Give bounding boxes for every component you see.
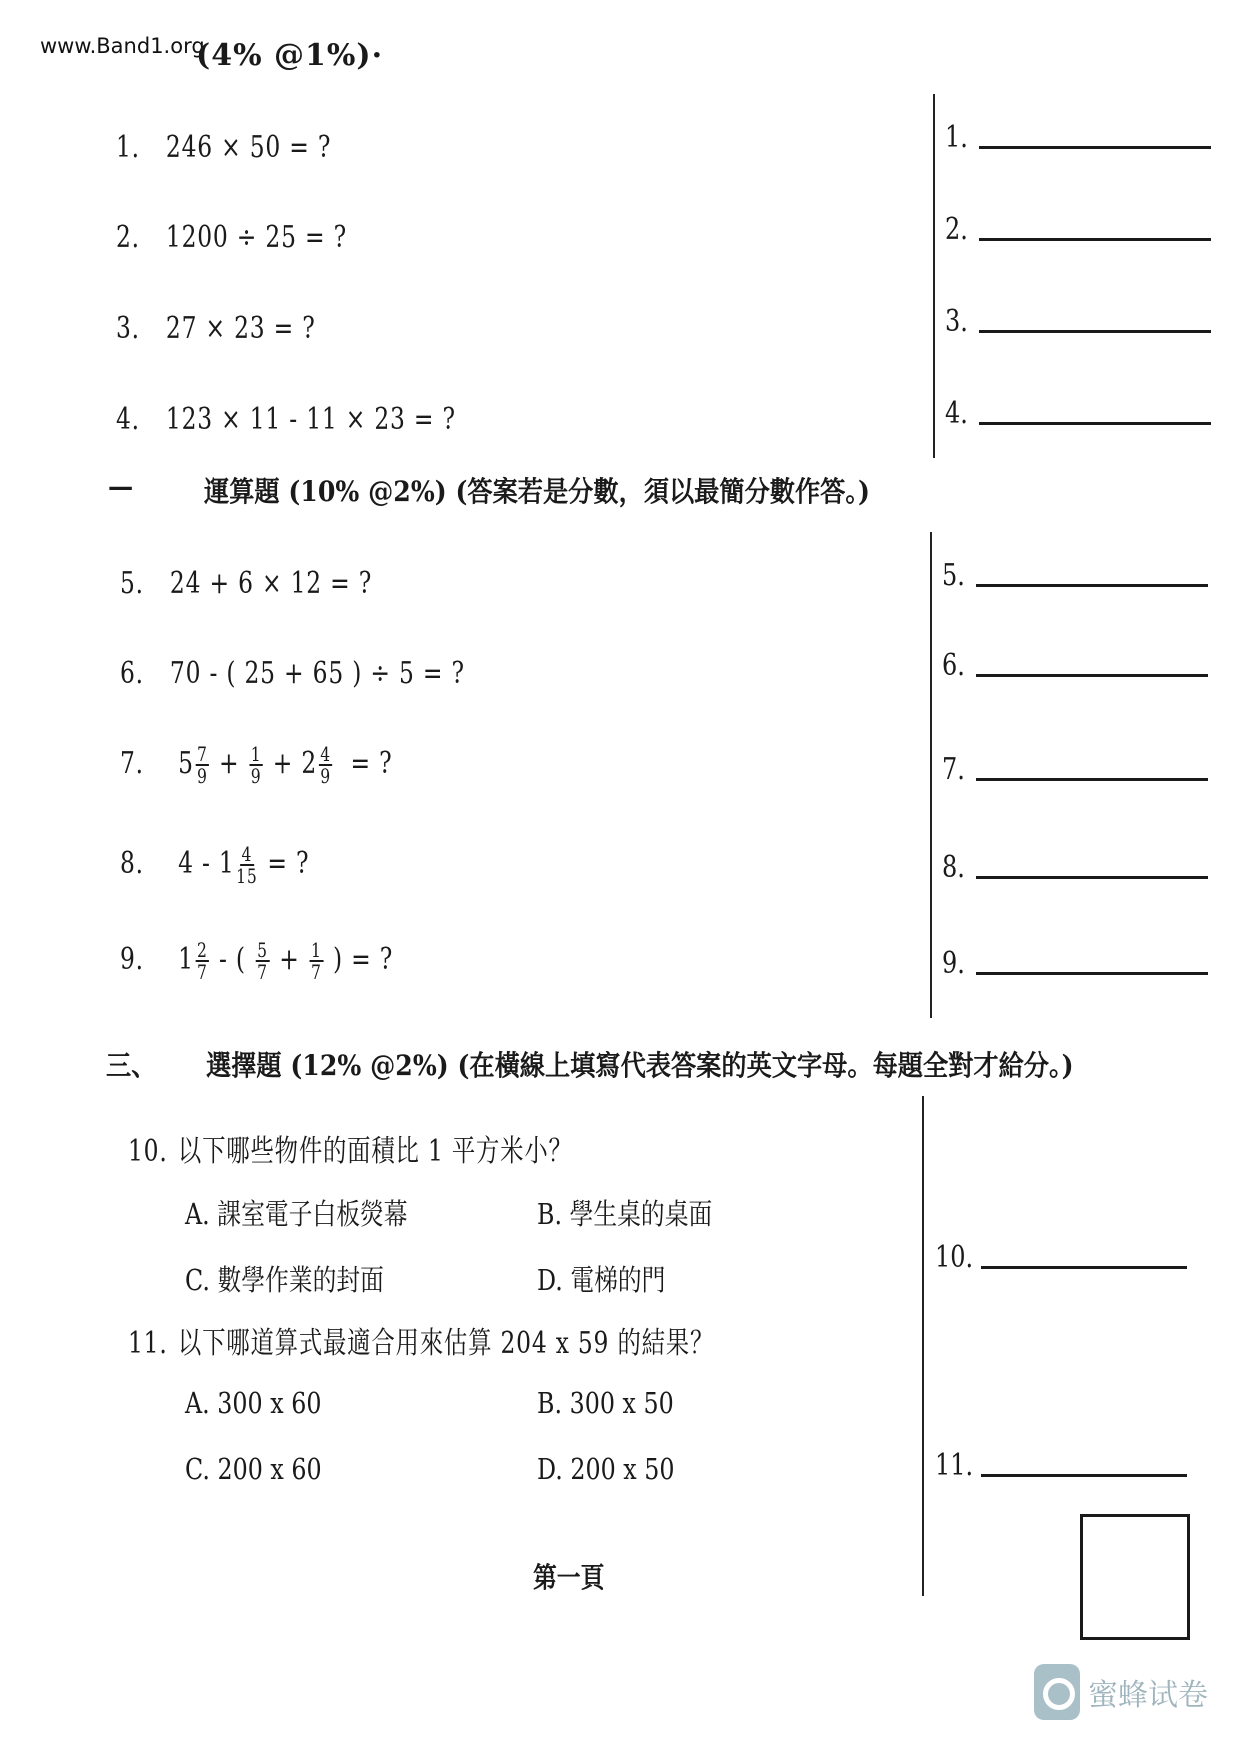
answer-column-divider (930, 532, 932, 1018)
question-7: 7. 579 + 19 + 249 = ? (120, 744, 392, 786)
answer-blank-9[interactable]: 9. (942, 946, 971, 981)
answer-blank-4[interactable]: 4. (945, 396, 974, 431)
question-11: 11.以下哪道算式最適合用來估算 204 x 59 的結果？ (128, 1318, 714, 1362)
q10-option-c: C. 數學作業的封面 (185, 1258, 384, 1299)
question-2: 2.1200 ÷ 25 = ? (116, 220, 347, 255)
q10-option-b: B. 學生桌的桌面 (537, 1192, 712, 1233)
section2-marker: — (108, 470, 133, 503)
site-watermark: www.Band1.org (40, 34, 205, 58)
question-8: 8. 4 - 1415 = ? (120, 844, 309, 886)
fraction: 27 (195, 940, 209, 982)
fraction: 79 (195, 744, 209, 786)
answer-blank-1[interactable]: 1. (945, 120, 974, 155)
question-1: 1.246 × 50 = ? (116, 130, 331, 165)
question-3: 3.27 × 23 = ? (116, 311, 316, 346)
answer-column-divider (922, 1096, 924, 1596)
q11-option-a: A. 300 x 60 (185, 1386, 321, 1420)
answer-blank-6[interactable]: 6. (942, 648, 971, 683)
q10-option-a: A. 課室電子白板熒幕 (185, 1192, 408, 1233)
answer-blank-5[interactable]: 5. (942, 558, 971, 593)
q10-option-d: D. 電梯的門 (537, 1258, 665, 1299)
score-box[interactable] (1080, 1514, 1190, 1640)
answer-blank-7[interactable]: 7. (942, 752, 971, 787)
brand-name: 蜜蜂试卷 (1088, 1670, 1208, 1714)
answer-blank-11[interactable]: 11. (935, 1448, 983, 1483)
question-5: 5.24 + 6 × 12 = ? (120, 566, 372, 601)
fraction: 415 (236, 844, 257, 886)
answer-blank-2[interactable]: 2. (945, 212, 974, 247)
q11-option-b: B. 300 x 50 (537, 1386, 674, 1420)
fraction: 17 (309, 940, 323, 982)
section3-title: 選擇題 (12% @2%) (在橫線上填寫代表答案的英文字母。每題全對才給分。) (206, 1044, 1074, 1084)
q11-option-d: D. 200 x 50 (537, 1452, 675, 1486)
fraction: 19 (249, 744, 263, 786)
section2-title: 運算題 (10% @2%) (答案若是分數，須以最簡分數作答。) (204, 470, 870, 510)
question-9: 9. 127 - ( 57 + 17 ) = ? (120, 940, 393, 982)
section3-marker: 三、 (106, 1044, 156, 1084)
question-6: 6.70 - ( 25 + 65 ) ÷ 5 = ? (120, 656, 465, 691)
answer-blank-8[interactable]: 8. (942, 850, 971, 885)
fraction: 57 (256, 940, 270, 982)
q11-option-c: C. 200 x 60 (185, 1452, 322, 1486)
fraction: 49 (319, 744, 333, 786)
brand-watermark: 蜜蜂试卷 (1034, 1664, 1208, 1720)
answer-blank-3[interactable]: 3. (945, 304, 974, 339)
answer-column-divider (933, 94, 935, 458)
question-4: 4.123 × 11 - 11 × 23 = ? (116, 402, 456, 437)
section1-title: (4% @1%)· (196, 38, 383, 73)
page-number: 第一頁 (533, 1556, 604, 1596)
brand-logo-icon (1034, 1664, 1080, 1720)
answer-blank-10[interactable]: 10. (935, 1240, 983, 1275)
question-10: 10.以下哪些物件的面積比 1 平方米小？ (128, 1126, 573, 1170)
